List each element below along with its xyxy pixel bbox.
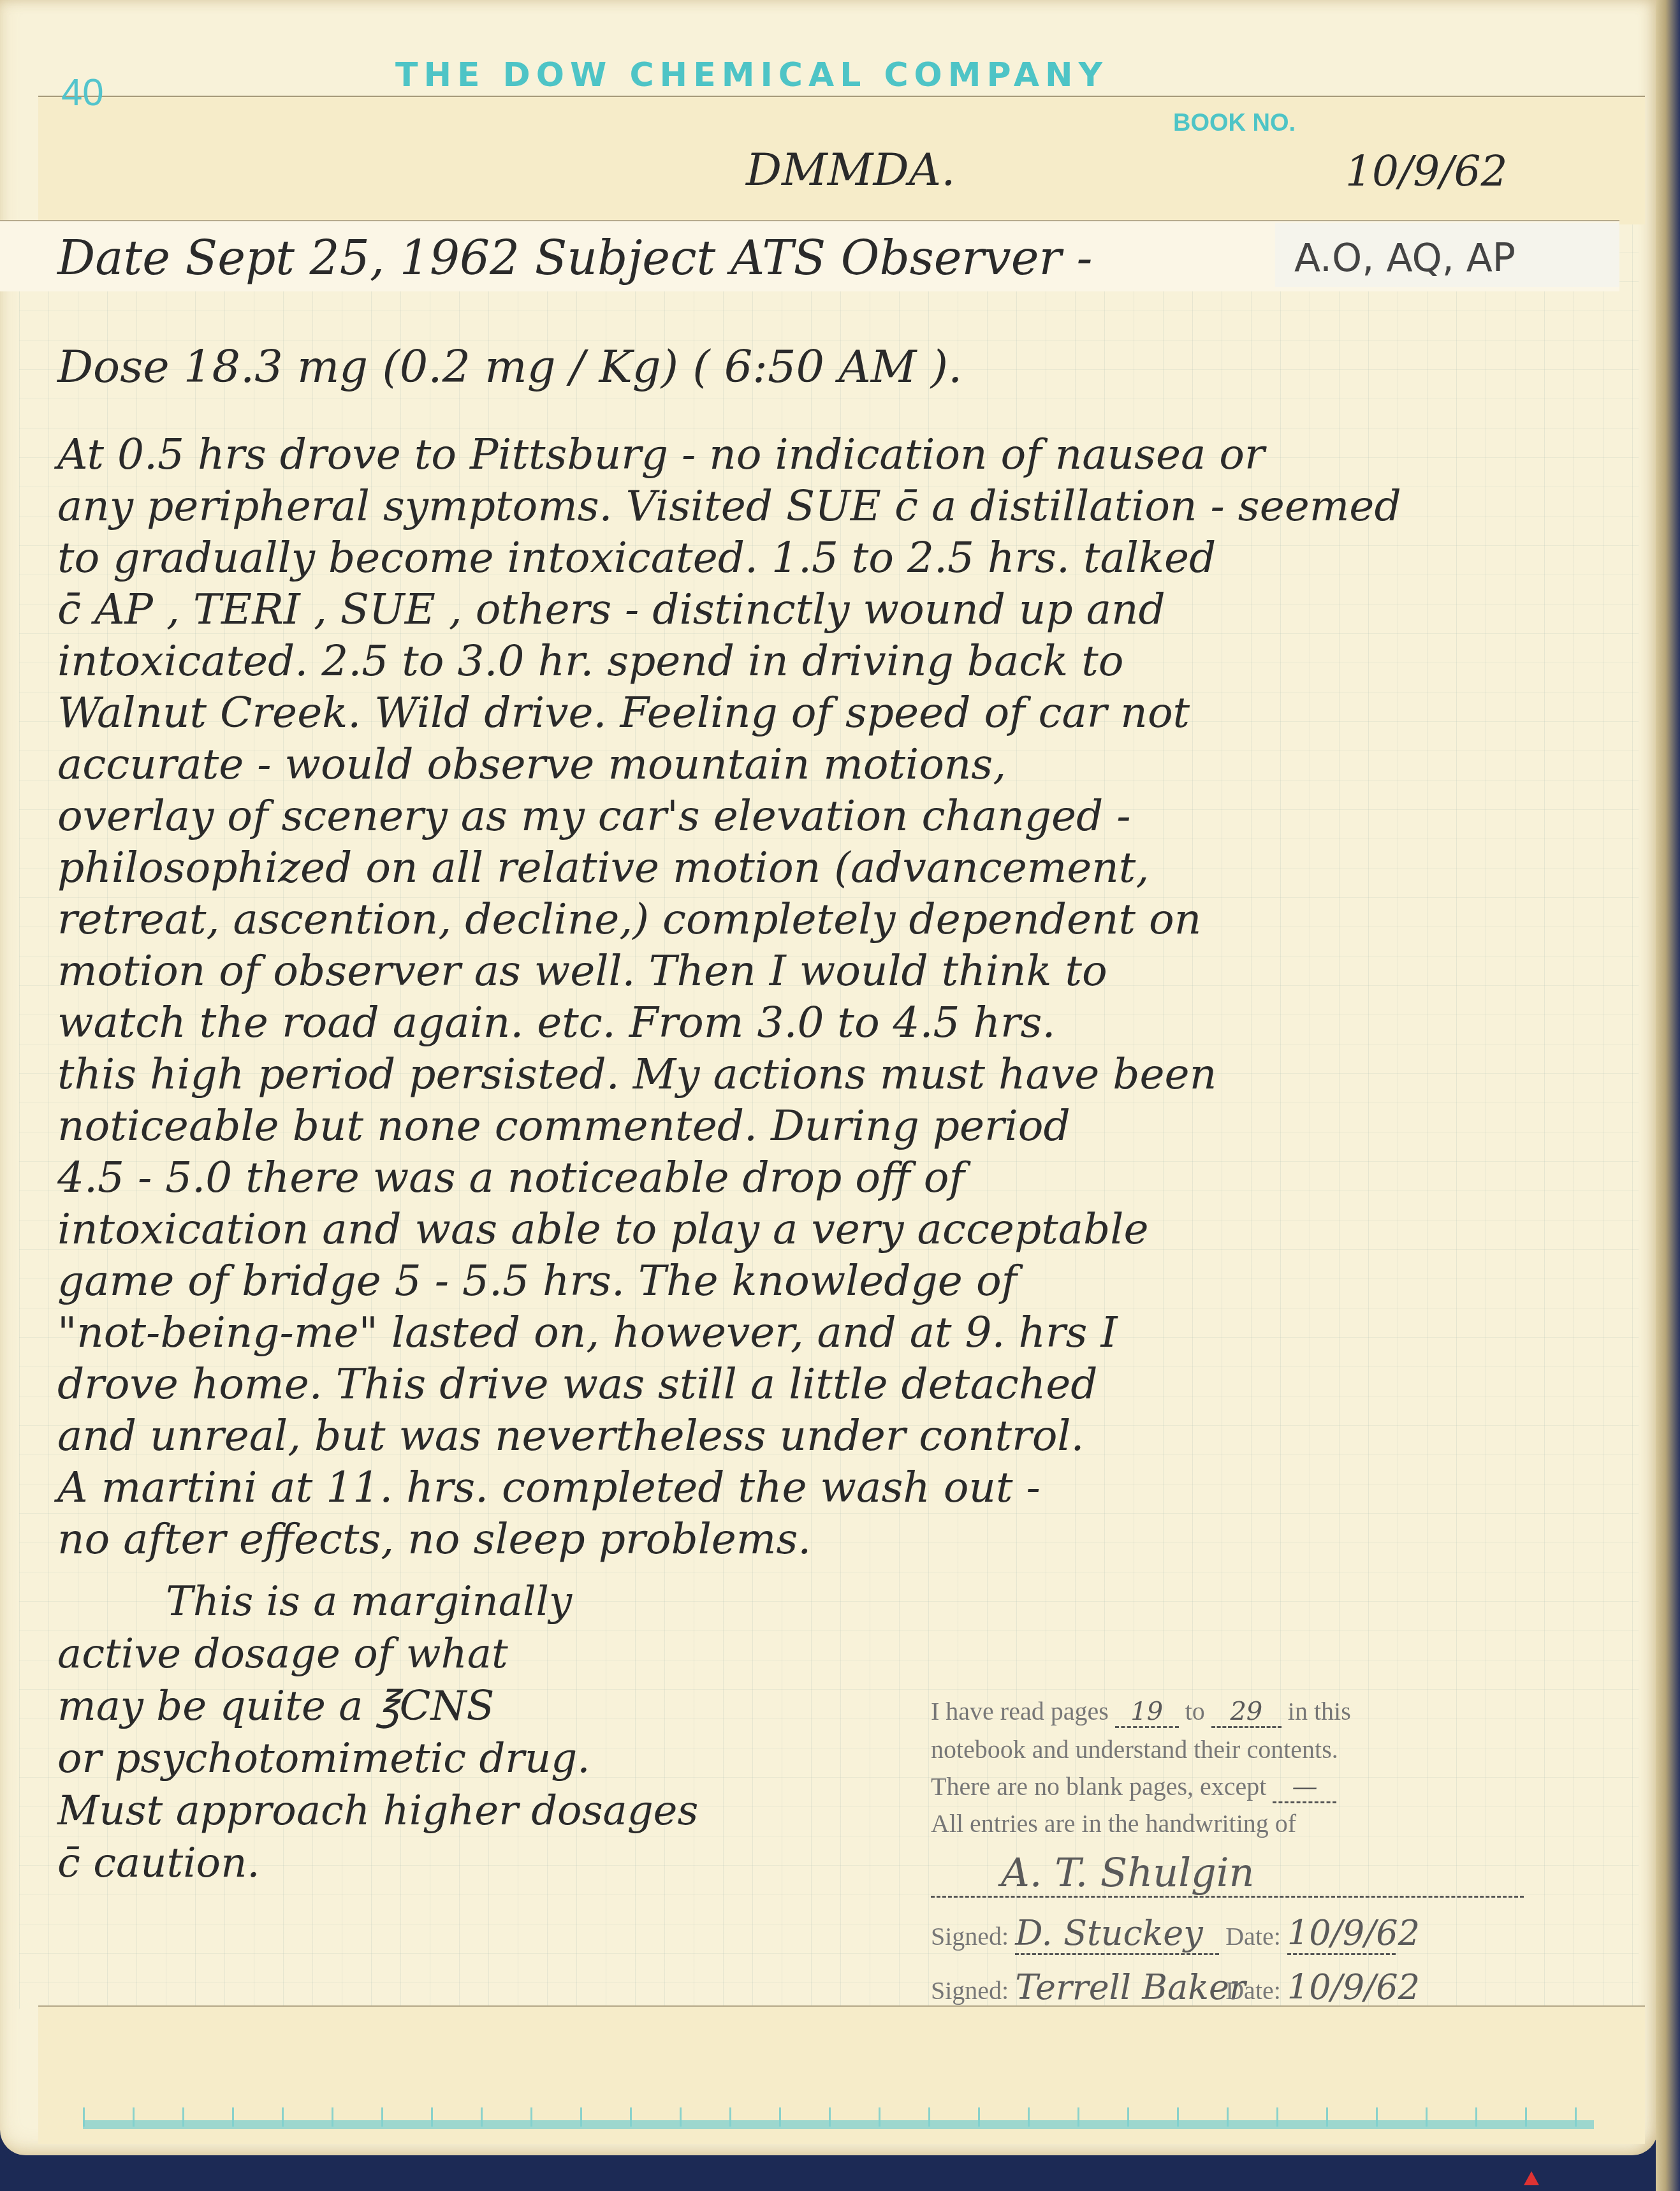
witness-line-1: I have read pages 19 to 29 in this <box>931 1696 1351 1728</box>
signature-row-1: Signed: D. Stuckey Date: 10/9/62 <box>931 1913 1396 1955</box>
note-line: This is a marginally <box>166 1581 572 1622</box>
witness-line-3: There are no blank pages, except — <box>931 1771 1336 1803</box>
entry-line: game of bridge 5 - 5.5 hrs. The knowledg… <box>57 1260 1017 1302</box>
entry-line: At 0.5 hrs drove to Pittsburg - no indic… <box>57 434 1265 476</box>
witness-line-4: All entries are in the handwriting of <box>931 1808 1296 1838</box>
notebook-page: 40 THE DOW CHEMICAL COMPANY BOOK NO. DMM… <box>0 0 1658 2155</box>
author-signature: A. T. Shulgin <box>931 1849 1524 1898</box>
blank-pages-field: — <box>1273 1772 1336 1803</box>
entry-line: 4.5 - 5.0 there was a noticeable drop of… <box>57 1157 965 1199</box>
note-line: or psychotomimetic drug. <box>57 1738 590 1779</box>
header-date: 10/9/62 <box>1345 147 1507 196</box>
entry-line: c̄ AP , TERI , SUE , others - distinctly… <box>57 589 1165 631</box>
witness-signature-2: Terrell Baker <box>1015 1967 1219 2009</box>
witness-signature-1: D. Stuckey <box>1015 1913 1219 1955</box>
entry-line: to gradually become intoxicated. 1.5 to … <box>57 537 1216 579</box>
note-line: active dosage of what <box>57 1634 508 1674</box>
entry-line: motion of observer as well. Then I would… <box>57 950 1107 992</box>
witness-date-2: 10/9/62 <box>1287 1967 1396 2009</box>
company-name: THE DOW CHEMICAL COMPANY <box>395 56 1108 94</box>
dose-line: Dose 18.3 mg (0.2 mg / Kg) ( 6:50 AM ). <box>57 344 962 389</box>
footer-ruler <box>83 2120 1594 2129</box>
entry-line: intoxicated. 2.5 to 3.0 hr. spend in dri… <box>57 640 1124 682</box>
entry-line: overlay of scenery as my car's elevation… <box>57 795 1131 837</box>
entry-line: Walnut Creek. Wild drive. Feeling of spe… <box>57 692 1190 734</box>
note-line: c̄ caution. <box>57 1843 260 1884</box>
entry-line: this high period persisted. My actions m… <box>57 1053 1216 1095</box>
notebook-edge <box>1656 0 1680 2191</box>
entry-line: A martini at 11. hrs. completed the wash… <box>57 1467 1041 1509</box>
entry-line: watch the road again. etc. From 3.0 to 4… <box>57 1002 1055 1044</box>
entry-line: no after effects, no sleep problems. <box>57 1518 811 1560</box>
entry-line: any peripheral symptoms. Visited SUE c̄ … <box>57 485 1401 527</box>
entry-line: intoxication and was able to play a very… <box>57 1208 1148 1250</box>
entry-line: and unreal, but was nevertheless under c… <box>57 1415 1084 1457</box>
note-line: Must approach higher dosages <box>57 1791 698 1831</box>
entry-line: accurate - would observe mountain motion… <box>57 744 1006 786</box>
page-number: 40 <box>61 70 104 114</box>
entry-line: retreat, ascention, decline,) completely… <box>57 898 1201 941</box>
book-no-label: BOOK NO. <box>1173 110 1296 137</box>
observer-names: A.O, AQ, AP <box>1294 239 1516 277</box>
witness-line-2: notebook and understand their contents. <box>931 1734 1338 1764</box>
author-signature-line: A. T. Shulgin <box>931 1849 1524 1898</box>
red-corner-mark <box>1524 2171 1539 2185</box>
note-line: may be quite a ℥CNS <box>57 1686 494 1727</box>
subject-value: DMMDA. <box>746 143 955 196</box>
entry-line: philosophized on all relative motion (ad… <box>57 847 1149 889</box>
entry-date-line: Date Sept 25, 1962 Subject ATS Observer … <box>57 235 1092 282</box>
signature-row-2: Signed: Terrell Baker Date: 10/9/62 <box>931 1967 1396 2009</box>
entry-line: noticeable but none commented. During pe… <box>57 1105 1070 1147</box>
pages-to-field: 29 <box>1211 1697 1282 1728</box>
entry-line: "not-being-me" lasted on, however, and a… <box>57 1312 1117 1354</box>
pages-from-field: 19 <box>1115 1697 1179 1728</box>
entry-line: drove home. This drive was still a littl… <box>57 1363 1098 1405</box>
witness-date-1: 10/9/62 <box>1287 1913 1396 1955</box>
